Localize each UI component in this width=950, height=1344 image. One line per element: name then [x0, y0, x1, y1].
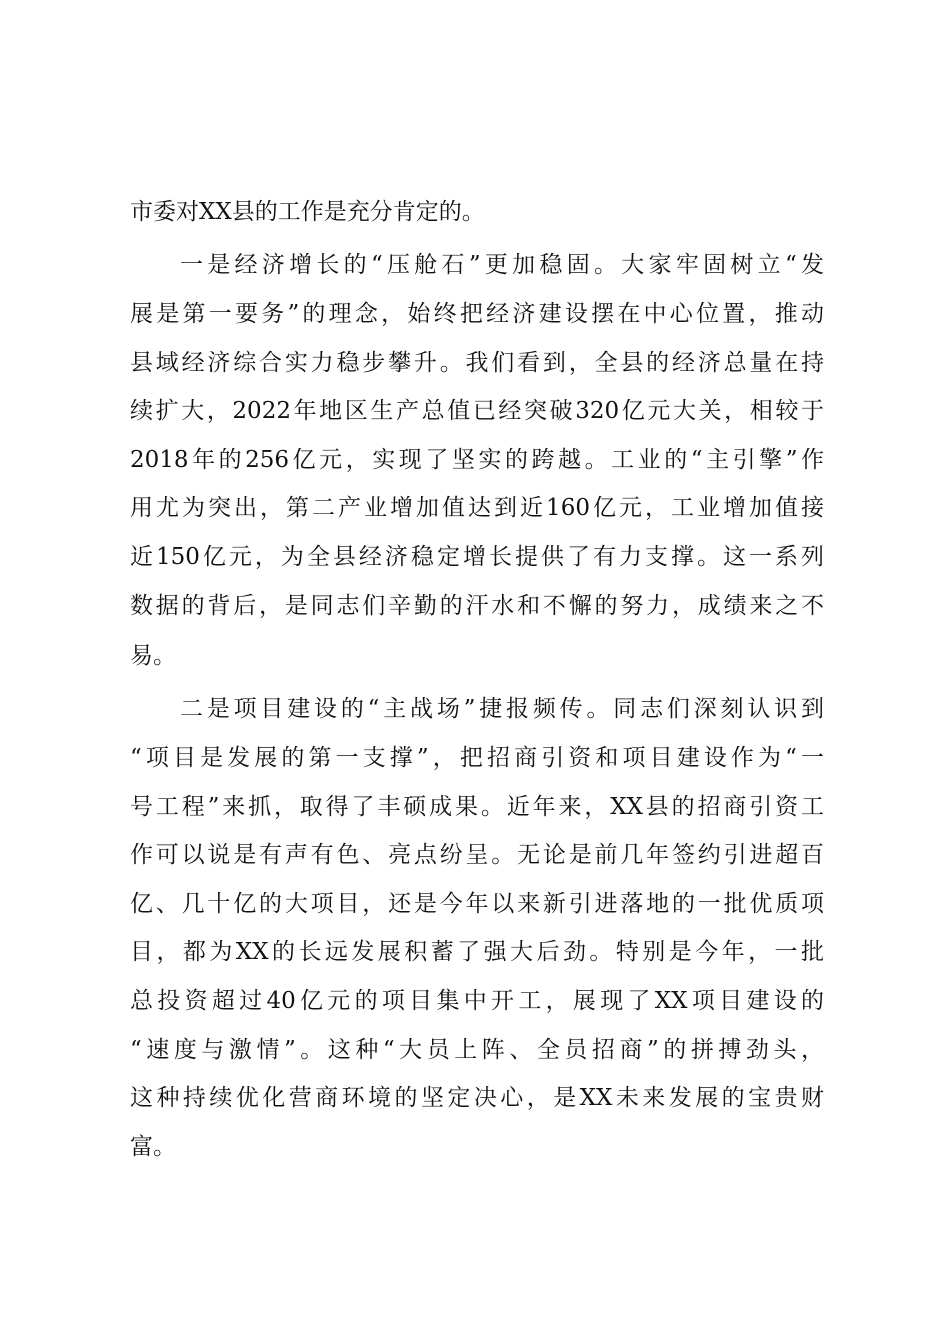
paragraph-1-line-2: 县域经济综合实力稳步攀升。我们看到，全县的经济总量在持: [130, 348, 824, 378]
paragraph-1-line-4: 2018年的256亿元，实现了坚实的跨越。工业的“主引擎”作: [130, 445, 824, 475]
paragraph-1-line-8: 易。: [130, 641, 824, 671]
paragraph-2-line-7: “速度与激情”。这种“大员上阵、全员招商”的拼搏劲头，: [130, 1035, 824, 1065]
paragraph-2-line-5: 目，都为XX的长远发展积蓄了强大后劲。特别是今年，一批: [130, 937, 824, 967]
paragraph-2-line-8: 这种持续优化营商环境的坚定决心，是XX未来发展的宝贵财: [130, 1083, 824, 1113]
paragraph-2-line-0: 二是项目建设的“主战场”捷报频传。同志们深刻认识到: [180, 694, 824, 724]
paragraph-2-line-2: 号工程”来抓，取得了丰硕成果。近年来，XX县的招商引资工: [130, 792, 824, 822]
paragraph-2-line-9: 富。: [130, 1132, 824, 1162]
paragraph-1-line-5: 用尤为突出，第二产业增加值达到近160亿元，工业增加值接: [130, 493, 824, 523]
paragraph-2-line-4: 亿、几十亿的大项目，还是今年以来新引进落地的一批优质项: [130, 889, 824, 919]
paragraph-1-line-3: 续扩大，2022年地区生产总值已经突破320亿元大关，相较于: [130, 396, 824, 426]
paragraph-2-line-6: 总投资超过40亿元的项目集中开工，展现了XX项目建设的: [130, 986, 824, 1016]
paragraph-1-line-0: 一是经济增长的“压舱石”更加稳固。大家牢固树立“发: [180, 250, 824, 280]
paragraph-1-line-1: 展是第一要务”的理念，始终把经济建设摆在中心位置，推动: [130, 299, 824, 329]
document-page: 市委对XX县的工作是充分肯定的。 一是经济增长的“压舱石”更加稳固。大家牢固树立…: [0, 0, 950, 1344]
paragraph-2-line-3: 作可以说是有声有色、亮点纷呈。无论是前几年签约引进超百: [130, 840, 824, 870]
paragraph-1-line-6: 近150亿元，为全县经济稳定增长提供了有力支撑。这一系列: [130, 542, 824, 572]
paragraph-2-line-1: “项目是发展的第一支撑”，把招商引资和项目建设作为“一: [130, 743, 824, 773]
paragraph-1-line-7: 数据的背后，是同志们辛勤的汗水和不懈的努力，成绩来之不: [130, 591, 824, 621]
paragraph-0-line-0: 市委对XX县的工作是充分肯定的。: [130, 197, 824, 227]
